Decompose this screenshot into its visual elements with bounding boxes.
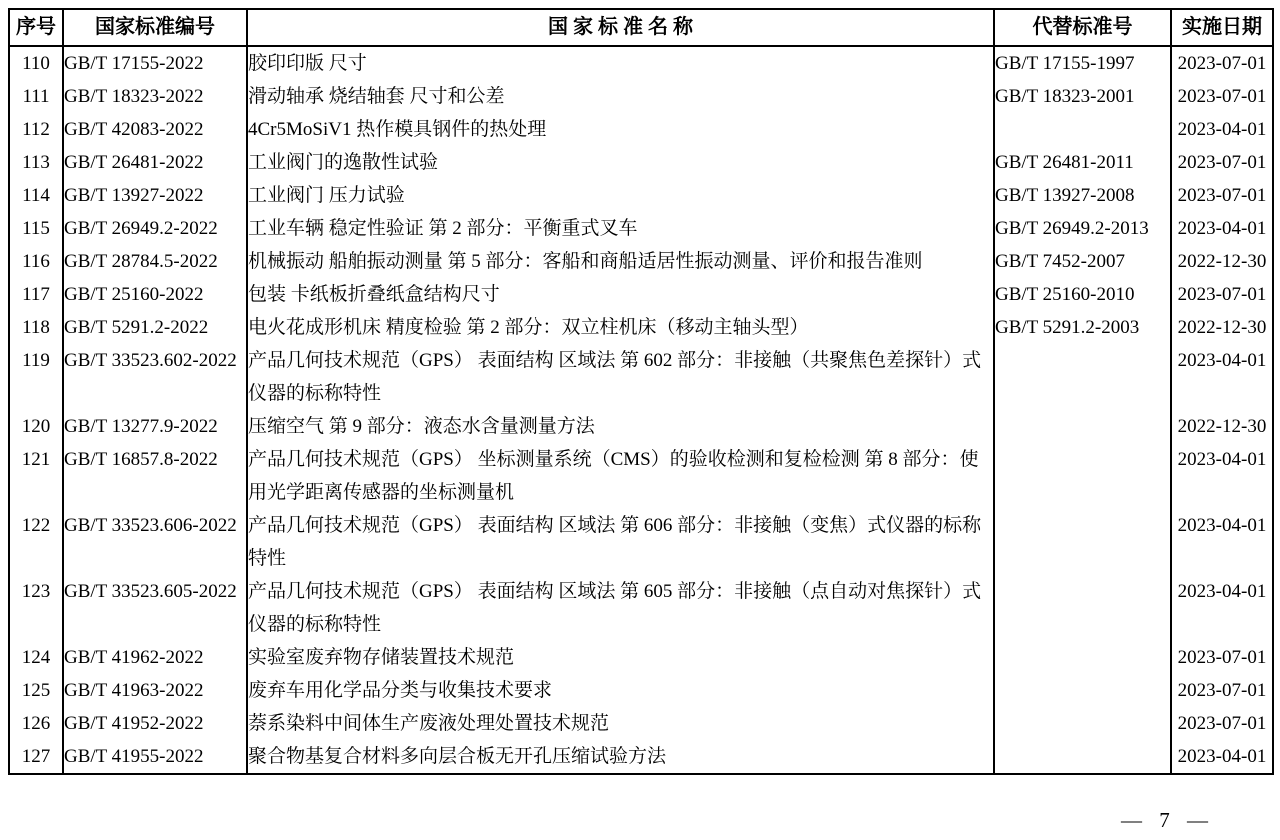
row-replaces	[994, 575, 1171, 641]
row-replaces	[994, 674, 1171, 707]
row-code: GB/T 33523.602-2022	[63, 344, 247, 410]
table-row: 124GB/T 41962-2022实验室废弃物存储装置技术规范2023-07-…	[9, 641, 1273, 674]
row-date: 2023-04-01	[1171, 575, 1273, 641]
row-code: GB/T 16857.8-2022	[63, 443, 247, 509]
row-code: GB/T 41963-2022	[63, 674, 247, 707]
row-replaces	[994, 113, 1171, 146]
row-code: GB/T 41952-2022	[63, 707, 247, 740]
table-row: 121GB/T 16857.8-2022产品几何技术规范（GPS） 坐标测量系统…	[9, 443, 1273, 509]
row-name: 产品几何技术规范（GPS） 表面结构 区域法 第 602 部分：非接触（共聚焦色…	[247, 344, 994, 410]
row-no: 110	[9, 46, 63, 80]
row-date: 2023-07-01	[1171, 707, 1273, 740]
row-code: GB/T 13277.9-2022	[63, 410, 247, 443]
row-date: 2022-12-30	[1171, 245, 1273, 278]
table-row: 111GB/T 18323-2022滑动轴承 烧结轴套 尺寸和公差GB/T 18…	[9, 80, 1273, 113]
row-replaces: GB/T 26949.2-2013	[994, 212, 1171, 245]
col-header-code: 国家标准编号	[63, 9, 247, 46]
row-code: GB/T 17155-2022	[63, 46, 247, 80]
row-date: 2023-07-01	[1171, 641, 1273, 674]
row-replaces	[994, 410, 1171, 443]
row-date: 2023-04-01	[1171, 344, 1273, 410]
row-name: 4Cr5MoSiV1 热作模具钢件的热处理	[247, 113, 994, 146]
row-code: GB/T 26949.2-2022	[63, 212, 247, 245]
row-date: 2023-07-01	[1171, 80, 1273, 113]
table-row: 119GB/T 33523.602-2022产品几何技术规范（GPS） 表面结构…	[9, 344, 1273, 410]
row-date: 2023-04-01	[1171, 212, 1273, 245]
row-replaces	[994, 509, 1171, 575]
row-name: 萘系染料中间体生产废液处理处置技术规范	[247, 707, 994, 740]
table-row: 112GB/T 42083-20224Cr5MoSiV1 热作模具钢件的热处理2…	[9, 113, 1273, 146]
row-date: 2023-07-01	[1171, 46, 1273, 80]
row-name: 压缩空气 第 9 部分：液态水含量测量方法	[247, 410, 994, 443]
table-row: 113GB/T 26481-2022工业阀门的逸散性试验GB/T 26481-2…	[9, 146, 1273, 179]
row-code: GB/T 33523.606-2022	[63, 509, 247, 575]
row-code: GB/T 42083-2022	[63, 113, 247, 146]
table-row: 123GB/T 33523.605-2022产品几何技术规范（GPS） 表面结构…	[9, 575, 1273, 641]
table-row: 115GB/T 26949.2-2022工业车辆 稳定性验证 第 2 部分：平衡…	[9, 212, 1273, 245]
table-row: 117GB/T 25160-2022包装 卡纸板折叠纸盒结构尺寸GB/T 251…	[9, 278, 1273, 311]
row-replaces	[994, 740, 1171, 774]
table-header-row: 序号 国家标准编号 国 家 标 准 名 称 代替标准号 实施日期	[9, 9, 1273, 46]
row-code: GB/T 25160-2022	[63, 278, 247, 311]
row-name: 包装 卡纸板折叠纸盒结构尺寸	[247, 278, 994, 311]
row-name: 实验室废弃物存储装置技术规范	[247, 641, 994, 674]
row-code: GB/T 5291.2-2022	[63, 311, 247, 344]
row-date: 2023-07-01	[1171, 278, 1273, 311]
table-row: 125GB/T 41963-2022废弃车用化学品分类与收集技术要求2023-0…	[9, 674, 1273, 707]
row-replaces: GB/T 5291.2-2003	[994, 311, 1171, 344]
row-replaces: GB/T 26481-2011	[994, 146, 1171, 179]
row-name: 产品几何技术规范（GPS） 表面结构 区域法 第 605 部分：非接触（点自动对…	[247, 575, 994, 641]
row-date: 2022-12-30	[1171, 311, 1273, 344]
standards-table-wrap: 序号 国家标准编号 国 家 标 准 名 称 代替标准号 实施日期 110GB/T…	[8, 8, 1272, 775]
table-row: 126GB/T 41952-2022萘系染料中间体生产废液处理处置技术规范202…	[9, 707, 1273, 740]
row-no: 117	[9, 278, 63, 311]
table-row: 114GB/T 13927-2022工业阀门 压力试验GB/T 13927-20…	[9, 179, 1273, 212]
row-name: 废弃车用化学品分类与收集技术要求	[247, 674, 994, 707]
row-replaces	[994, 443, 1171, 509]
row-no: 120	[9, 410, 63, 443]
row-replaces: GB/T 18323-2001	[994, 80, 1171, 113]
row-no: 115	[9, 212, 63, 245]
col-header-no: 序号	[9, 9, 63, 46]
row-no: 126	[9, 707, 63, 740]
row-no: 113	[9, 146, 63, 179]
row-replaces	[994, 707, 1171, 740]
table-row: 110GB/T 17155-2022胶印印版 尺寸GB/T 17155-1997…	[9, 46, 1273, 80]
row-code: GB/T 28784.5-2022	[63, 245, 247, 278]
row-name: 工业车辆 稳定性验证 第 2 部分：平衡重式叉车	[247, 212, 994, 245]
row-no: 125	[9, 674, 63, 707]
row-code: GB/T 13927-2022	[63, 179, 247, 212]
row-date: 2023-04-01	[1171, 443, 1273, 509]
row-no: 124	[9, 641, 63, 674]
standards-table: 序号 国家标准编号 国 家 标 准 名 称 代替标准号 实施日期 110GB/T…	[8, 8, 1274, 775]
row-date: 2023-04-01	[1171, 509, 1273, 575]
row-date: 2023-07-01	[1171, 674, 1273, 707]
row-date: 2023-04-01	[1171, 740, 1273, 774]
page-number: — 7 —	[1121, 805, 1214, 835]
row-no: 111	[9, 80, 63, 113]
col-header-replaces: 代替标准号	[994, 9, 1171, 46]
row-replaces: GB/T 7452-2007	[994, 245, 1171, 278]
row-no: 119	[9, 344, 63, 410]
row-name: 工业阀门 压力试验	[247, 179, 994, 212]
row-name: 聚合物基复合材料多向层合板无开孔压缩试验方法	[247, 740, 994, 774]
table-row: 127GB/T 41955-2022聚合物基复合材料多向层合板无开孔压缩试验方法…	[9, 740, 1273, 774]
row-code: GB/T 26481-2022	[63, 146, 247, 179]
row-date: 2023-04-01	[1171, 113, 1273, 146]
row-code: GB/T 33523.605-2022	[63, 575, 247, 641]
row-replaces: GB/T 25160-2010	[994, 278, 1171, 311]
row-no: 121	[9, 443, 63, 509]
row-no: 114	[9, 179, 63, 212]
row-replaces	[994, 641, 1171, 674]
table-header: 序号 国家标准编号 国 家 标 准 名 称 代替标准号 实施日期	[9, 9, 1273, 46]
row-name: 机械振动 船舶振动测量 第 5 部分：客船和商船适居性振动测量、评价和报告准则	[247, 245, 994, 278]
row-name: 滑动轴承 烧结轴套 尺寸和公差	[247, 80, 994, 113]
row-no: 122	[9, 509, 63, 575]
table-body: 110GB/T 17155-2022胶印印版 尺寸GB/T 17155-1997…	[9, 46, 1273, 774]
table-row: 122GB/T 33523.606-2022产品几何技术规范（GPS） 表面结构…	[9, 509, 1273, 575]
row-date: 2022-12-30	[1171, 410, 1273, 443]
row-code: GB/T 41955-2022	[63, 740, 247, 774]
row-replaces: GB/T 17155-1997	[994, 46, 1171, 80]
row-name: 工业阀门的逸散性试验	[247, 146, 994, 179]
row-no: 118	[9, 311, 63, 344]
table-row: 116GB/T 28784.5-2022机械振动 船舶振动测量 第 5 部分：客…	[9, 245, 1273, 278]
row-name: 电火花成形机床 精度检验 第 2 部分：双立柱机床（移动主轴头型）	[247, 311, 994, 344]
row-no: 127	[9, 740, 63, 774]
row-code: GB/T 18323-2022	[63, 80, 247, 113]
row-replaces: GB/T 13927-2008	[994, 179, 1171, 212]
table-row: 120GB/T 13277.9-2022压缩空气 第 9 部分：液态水含量测量方…	[9, 410, 1273, 443]
row-code: GB/T 41962-2022	[63, 641, 247, 674]
table-row: 118GB/T 5291.2-2022电火花成形机床 精度检验 第 2 部分：双…	[9, 311, 1273, 344]
row-no: 123	[9, 575, 63, 641]
row-no: 112	[9, 113, 63, 146]
row-replaces	[994, 344, 1171, 410]
row-date: 2023-07-01	[1171, 146, 1273, 179]
col-header-name: 国 家 标 准 名 称	[247, 9, 994, 46]
row-name: 产品几何技术规范（GPS） 坐标测量系统（CMS）的验收检测和复检检测 第 8 …	[247, 443, 994, 509]
row-no: 116	[9, 245, 63, 278]
row-date: 2023-07-01	[1171, 179, 1273, 212]
col-header-date: 实施日期	[1171, 9, 1273, 46]
row-name: 胶印印版 尺寸	[247, 46, 994, 80]
row-name: 产品几何技术规范（GPS） 表面结构 区域法 第 606 部分：非接触（变焦）式…	[247, 509, 994, 575]
